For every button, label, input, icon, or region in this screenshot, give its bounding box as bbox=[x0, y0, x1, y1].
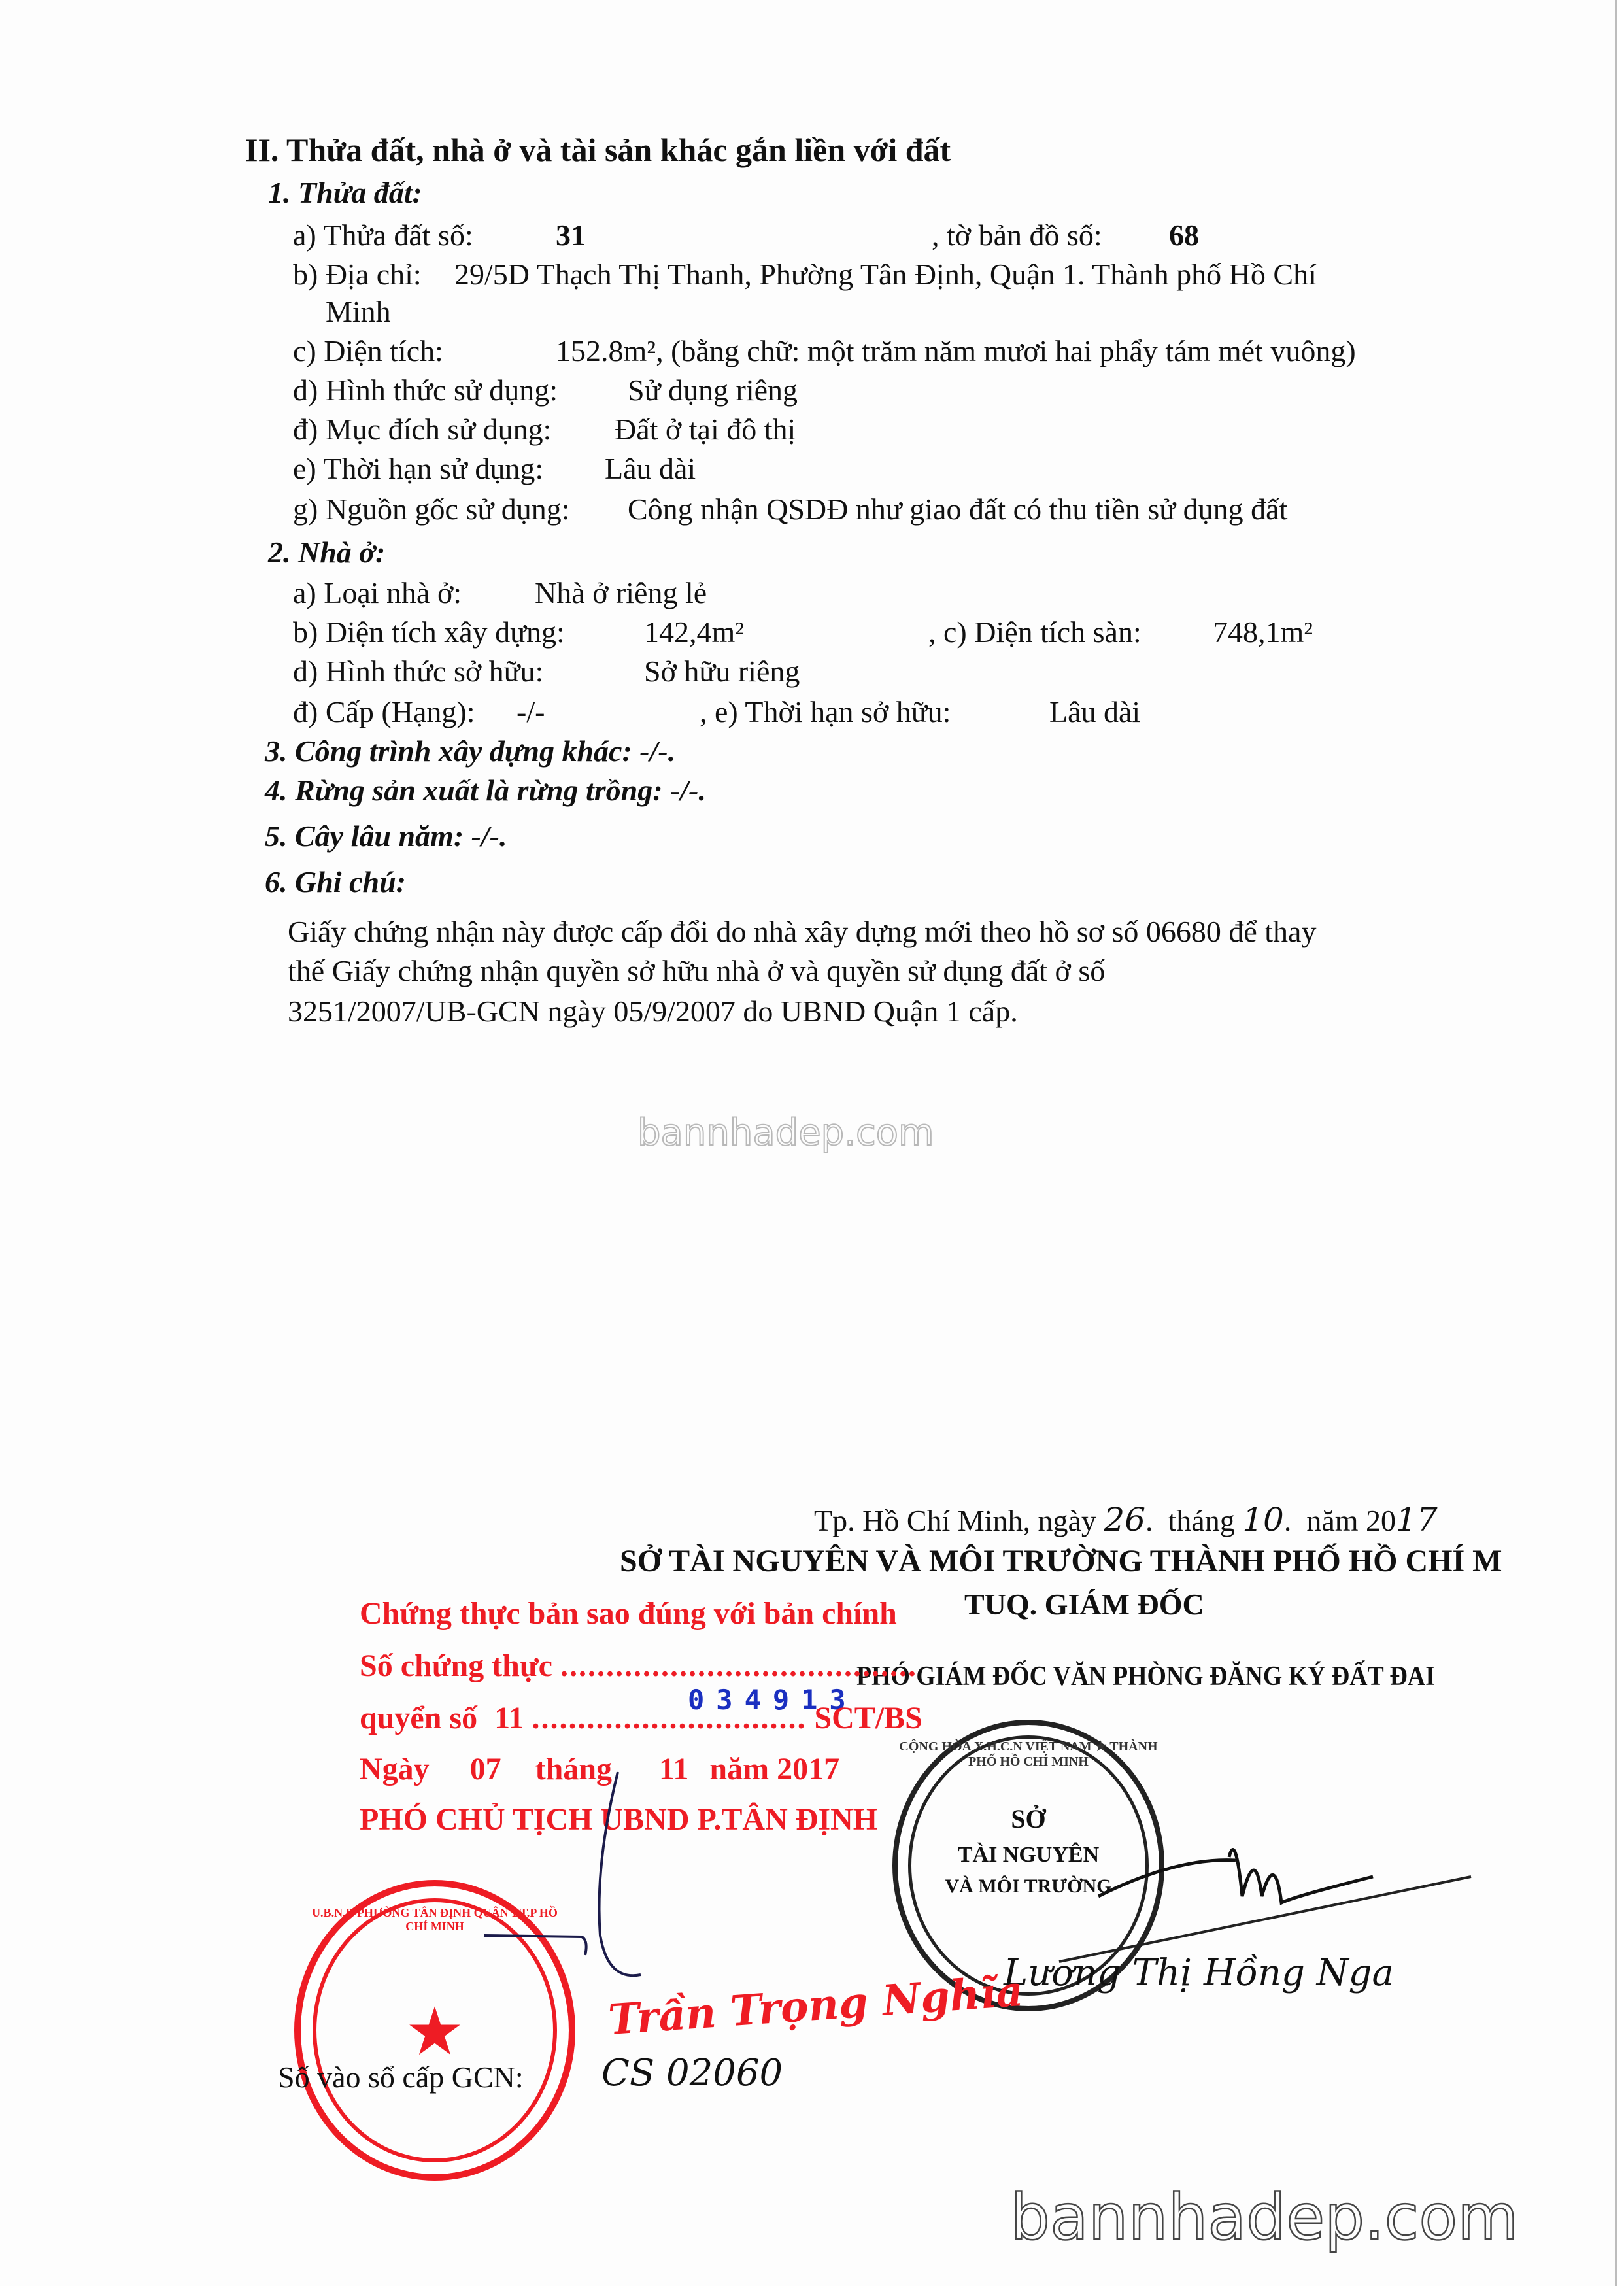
book-label: quyển số bbox=[360, 1701, 477, 1735]
issue-year-suffix: 17 bbox=[1396, 1501, 1438, 1539]
address-line-1: 29/5D Thạch Thị Thanh, Phường Tân Định, … bbox=[454, 257, 1317, 292]
land-term-value: Lâu dài bbox=[605, 451, 696, 486]
watermark-bottom: bannhadep.com bbox=[1010, 2181, 1519, 2254]
perennial-trees: 5. Cây lâu năm: -/-. bbox=[265, 819, 507, 853]
issue-day: 26 bbox=[1104, 1501, 1145, 1539]
signer-name: Lương Thị Hồng Nga bbox=[1004, 1952, 1394, 1994]
book-number: 11 bbox=[494, 1701, 524, 1735]
floor-area-label: , c) Diện tích sàn: bbox=[928, 615, 1142, 649]
ward-signature bbox=[392, 1766, 654, 2027]
ownership-label: d) Hình thức sở hữu: bbox=[293, 654, 543, 689]
build-area-label: b) Diện tích xây dựng: bbox=[293, 615, 565, 649]
official-name: Trần Trọng Nghĩa bbox=[607, 1967, 1024, 2045]
section-title: II. Thửa đất, nhà ở và tài sản khác gắn … bbox=[245, 131, 951, 169]
watermark-center: bannhadep.com bbox=[637, 1112, 934, 1154]
certificate-page: II. Thửa đất, nhà ở và tài sản khác gắn … bbox=[0, 0, 1617, 2286]
ownership-term-label: , e) Thời hạn sở hữu: bbox=[700, 694, 951, 729]
map-sheet-number: 68 bbox=[1169, 218, 1199, 252]
issue-year-label: năm 20 bbox=[1306, 1504, 1396, 1537]
issue-date-prefix: Tp. Hồ Chí Minh, ngày bbox=[814, 1504, 1096, 1537]
use-form-value: Sử dụng riêng bbox=[628, 373, 798, 407]
note-heading: 6. Ghi chú: bbox=[265, 864, 406, 899]
seal-outer-text: CỘNG HÒA X.H.C.N VIỆT NAM ★ THÀNH PHỐ HỒ… bbox=[898, 1738, 1159, 1769]
purpose-value: Đất ở tại đô thị bbox=[615, 412, 796, 447]
area-value: 152.8m², (bằng chữ: một trăm năm mươi ha… bbox=[556, 333, 1356, 368]
address-label: b) Địa chỉ: bbox=[293, 257, 422, 292]
floor-area-value: 748,1m² bbox=[1213, 615, 1313, 649]
note-line-2: thế Giấy chứng nhận quyền sở hữu nhà ở v… bbox=[288, 953, 1105, 988]
certification-number-label: Số chứng thực bbox=[360, 1648, 552, 1683]
origin-label: g) Nguồn gốc sử dụng: bbox=[293, 492, 570, 526]
parcel-label: a) Thửa đất số: bbox=[293, 218, 473, 252]
grade-label: đ) Cấp (Hạng): bbox=[293, 694, 475, 729]
origin-value: Công nhận QSDĐ như giao đất có thu tiền … bbox=[628, 492, 1287, 526]
issue-month: 10 bbox=[1242, 1501, 1284, 1539]
note-line-1: Giấy chứng nhận này được cấp đổi do nhà … bbox=[288, 914, 1316, 949]
build-area-value: 142,4m² bbox=[644, 615, 744, 649]
cert-month: 11 bbox=[659, 1752, 688, 1786]
area-label: c) Diện tích: bbox=[293, 333, 443, 368]
book-suffix: SCT/BS bbox=[814, 1701, 922, 1735]
certification-number-row: Số chứng thực ..........................… bbox=[360, 1648, 917, 1684]
house-type-value: Nhà ở riêng lẻ bbox=[535, 575, 707, 610]
on-behalf-title: TUQ. GIÁM ĐỐC bbox=[964, 1587, 1204, 1622]
issuing-agency: SỞ TÀI NGUYÊN VÀ MÔI TRƯỜNG THÀNH PHỐ HỒ… bbox=[620, 1543, 1502, 1579]
issue-month-label: tháng bbox=[1168, 1504, 1235, 1537]
use-form-label: d) Hình thức sử dụng: bbox=[293, 373, 558, 407]
purpose-label: đ) Mục đích sử dụng: bbox=[293, 412, 551, 447]
land-term-label: e) Thời hạn sử dụng: bbox=[293, 451, 543, 486]
note-line-3: 3251/2007/UB-GCN ngày 05/9/2007 do UBND … bbox=[288, 994, 1018, 1029]
register-value: CS 02060 bbox=[601, 2052, 783, 2094]
book-row: quyển số 11 ............................… bbox=[360, 1700, 922, 1736]
other-construction: 3. Công trình xây dựng khác: -/-. bbox=[265, 734, 675, 768]
address-line-2: Minh bbox=[326, 294, 391, 329]
map-sheet-label: , tờ bản đồ số: bbox=[932, 218, 1102, 252]
issue-place-date: Tp. Hồ Chí Minh, ngày 26. tháng 10. năm … bbox=[814, 1501, 1438, 1539]
register-label: Số vào sổ cấp GCN: bbox=[278, 2060, 524, 2094]
production-forest: 4. Rừng sản xuất là rừng trồng: -/-. bbox=[265, 773, 706, 808]
signer-title: PHÓ GIÁM ĐỐC VĂN PHÒNG ĐĂNG KÝ ĐẤT ĐAI bbox=[856, 1661, 1435, 1692]
department-signature bbox=[1020, 1798, 1491, 1968]
parcel-number: 31 bbox=[556, 218, 586, 252]
ownership-value: Sở hữu riêng bbox=[644, 654, 800, 689]
certification-statement: Chứng thực bản sao đúng với bản chính bbox=[360, 1595, 897, 1631]
land-heading: 1. Thửa đất: bbox=[268, 175, 422, 210]
cert-year: năm 2017 bbox=[709, 1752, 839, 1786]
house-heading: 2. Nhà ở: bbox=[268, 535, 385, 570]
grade-value: -/- bbox=[516, 694, 545, 729]
ownership-term-value: Lâu dài bbox=[1049, 694, 1140, 729]
house-type-label: a) Loại nhà ở: bbox=[293, 575, 462, 610]
